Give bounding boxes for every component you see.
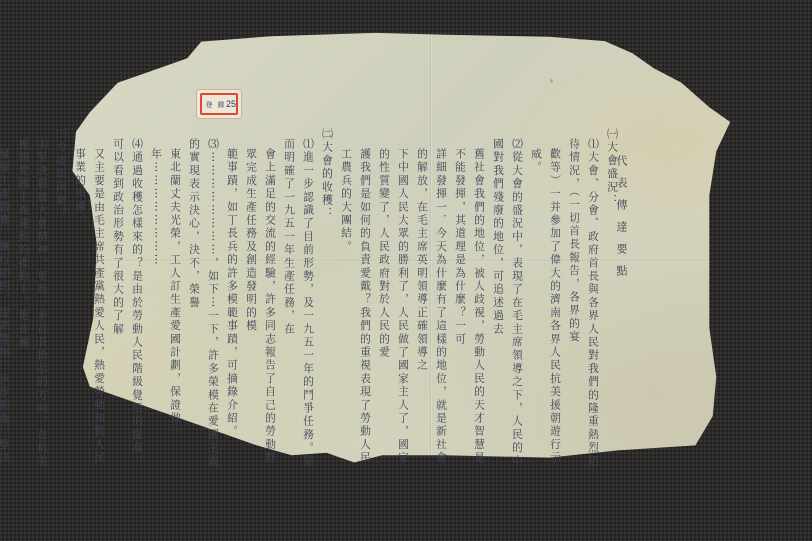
body-line: ⑷通過收穫怎樣來的？是由於勞動人民階級覺悟的提高，可以看到政治形勢有了很大的了解	[109, 128, 147, 473]
body-line: ⑶⋯⋯⋯⋯⋯⋯⋯⋯，如下⋯一下，許多榮模在愛國主義的實現表示決心，決不，榮譽	[185, 128, 223, 473]
body-line: 會上滿足的交流的經驗，許多同志報告了自己的勞動群眾完成生產任務及創造發明的模	[242, 128, 280, 473]
rust-stain	[550, 79, 553, 83]
body-line: 舊社會我們的地位，被人歧視，勞動人民的天才智慧是不能發揮，其道理是為什麼？一可	[451, 128, 489, 473]
document-body: ㈠大會盛況： ⑴大會、分會、政府首長與各界人民對我們的隆重熱烈招待情況，（一切首…	[0, 128, 622, 473]
archive-catalog-label: 登 錄 25	[197, 90, 241, 118]
section-heading: ㈡大會的收穫：	[318, 128, 337, 473]
rust-stain	[577, 32, 583, 40]
label-red-border: 登 錄 25	[200, 93, 238, 115]
body-line: 東北蘭丈夫光榮，工人訂生產愛國計劃，保證做一年⋯⋯⋯⋯⋯⋯⋯⋯	[147, 128, 185, 473]
body-line: 護我們是如何的負責愛戴？我們的重視表現了勞動人民工農兵的大團結。	[337, 128, 375, 473]
body-line: ⑴堅決貫徹大會精神，更進一步首長指示的方向，在抗美援朝愛國主義運動的推動下，更普…	[14, 128, 52, 473]
label-number: 25	[226, 99, 236, 109]
body-line: 下中國人民大眾的勝利了，人民做了國家主人了，國家的性質變了，人民政府對於人民的愛	[375, 128, 413, 473]
body-line: 範事蹟，如丁長兵的許多模範事蹟，可摘錄介紹。	[223, 128, 242, 473]
body-line: ⑴大會、分會、政府首長與各界人民對我們的隆重熱烈招待情況，（一切首長報告，各界的…	[565, 128, 603, 473]
section-heading: ㈠大會盛況：	[603, 128, 622, 473]
label-char: 登	[202, 101, 212, 108]
body-line: 發展生產競賽，厲行節約，提高警惕，步步前進，堅決下去，保證完成一九五一年生產	[0, 128, 14, 473]
label-char: 錄	[214, 101, 224, 108]
body-line: 歡等）一并參加了偉大的濟南各界人民抗美援朝遊行示威。	[527, 128, 565, 473]
body-line: 詳細發揮一．今天為什麼有了這樣的地位，就是新社會的解放，在毛主席英明領導正確領導…	[413, 128, 451, 473]
body-line: 又主要是由毛主席共產黨熱愛人民，熱愛勞動和對人民事業的領導。	[71, 128, 109, 473]
body-line: ⑴進一步認識了目前形勢，及一九五一年的鬥爭任務。從而明確了一九五一年生產任務，在	[280, 128, 318, 473]
section-heading: ㈢今後如何辦？	[52, 128, 71, 473]
body-line: ⑵從大會的盛況中，表現了在毛主席領導之下，人民的中國對我們殘廢的地位，可追述過去	[489, 128, 527, 473]
